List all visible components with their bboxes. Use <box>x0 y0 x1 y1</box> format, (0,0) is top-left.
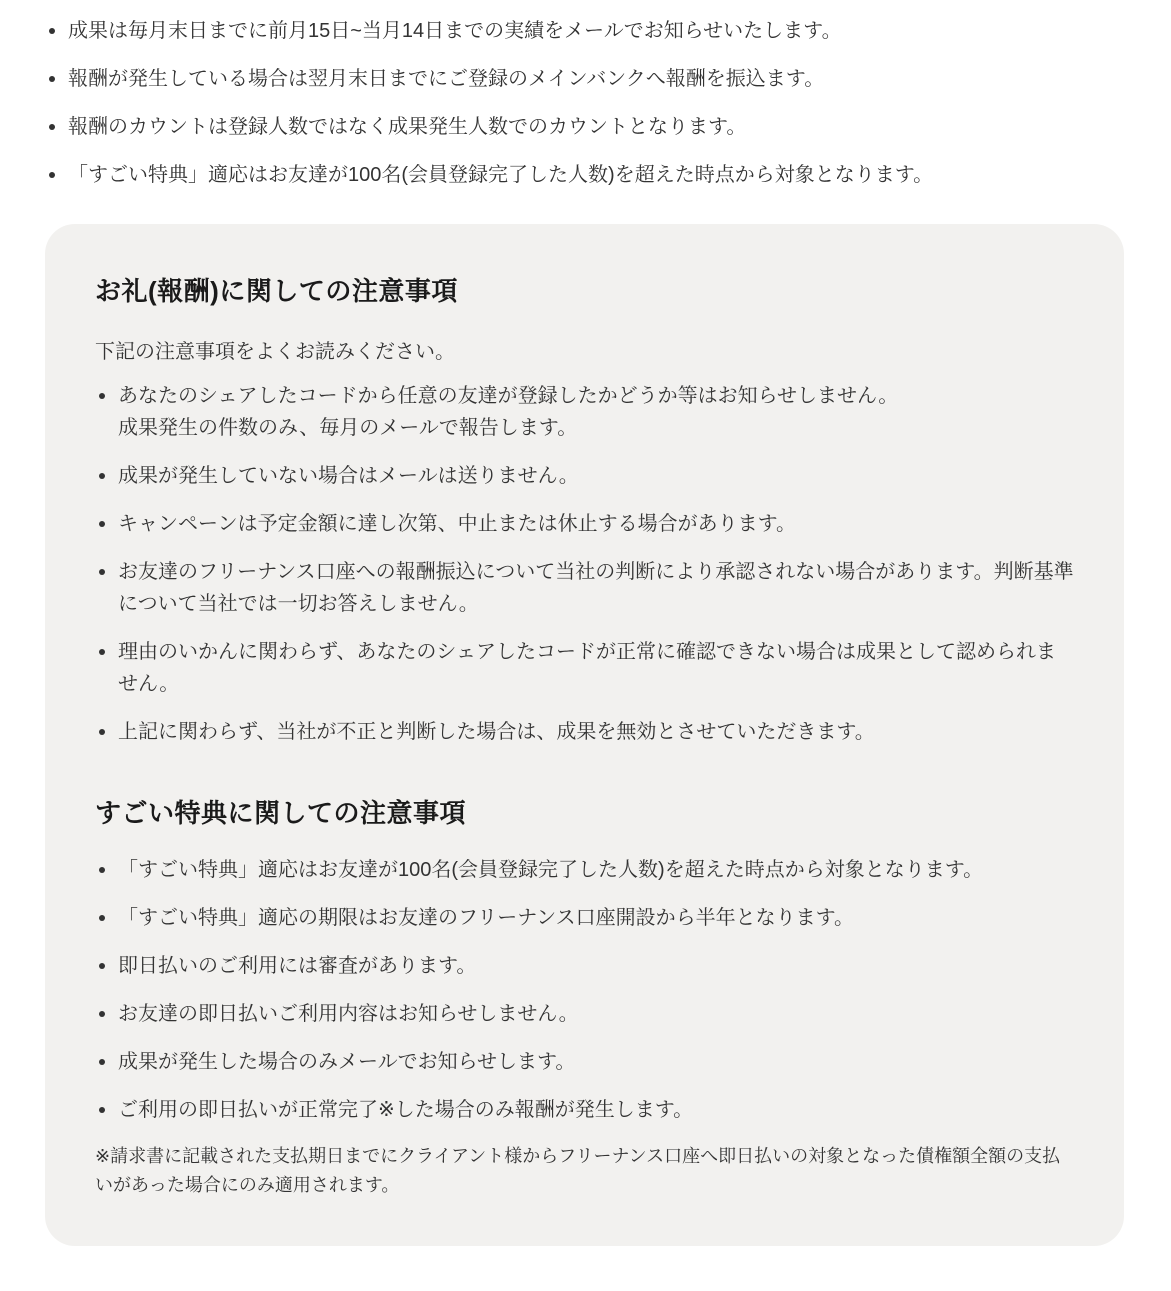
section-heading: お礼(報酬)に関しての注意事項 <box>95 272 1074 310</box>
list-item: キャンペーンは予定金額に達し次第、中止または休止する場合があります。 <box>95 508 1074 540</box>
list-item: 成果が発生していない場合はメールは送りません。 <box>95 460 1074 492</box>
intro-text: 下記の注意事項をよくお読みください。 <box>95 336 1074 368</box>
list-item: 上記に関わらず、当社が不正と判断した場合は、成果を無効とさせていただきます。 <box>95 716 1074 748</box>
list-item: ご利用の即日払いが正常完了※した場合のみ報酬が発生します。 <box>95 1094 1074 1126</box>
list-item: 報酬のカウントは登録人数ではなく成果発生人数でのカウントとなります。 <box>45 111 1124 143</box>
list-item: 即日払いのご利用には審査があります。 <box>95 950 1074 982</box>
top-notes-list: 成果は毎月末日までに前月15日~当月14日までの実績をメールでお知らせいたします… <box>45 15 1124 191</box>
tokuten-notes-list: 「すごい特典」適応はお友達が100名(会員登録完了した人数)を超えた時点から対象… <box>95 854 1074 1126</box>
reward-notes-section: お礼(報酬)に関しての注意事項 下記の注意事項をよくお読みください。 あなたのシ… <box>95 272 1074 748</box>
list-item: 成果は毎月末日までに前月15日~当月14日までの実績をメールでお知らせいたします… <box>45 15 1124 47</box>
reward-notes-list: あなたのシェアしたコードから任意の友達が登録したかどうか等はお知らせしません。 … <box>95 380 1074 748</box>
list-item: 成果が発生した場合のみメールでお知らせします。 <box>95 1046 1074 1078</box>
notice-box: お礼(報酬)に関しての注意事項 下記の注意事項をよくお読みください。 あなたのシ… <box>45 224 1124 1246</box>
list-item: お友達のフリーナンス口座への報酬振込について当社の判断により承認されない場合があ… <box>95 556 1074 620</box>
page: 成果は毎月末日までに前月15日~当月14日までの実績をメールでお知らせいたします… <box>45 15 1124 1246</box>
list-item: 「すごい特典」適応はお友達が100名(会員登録完了した人数)を超えた時点から対象… <box>45 159 1124 191</box>
list-item: お友達の即日払いご利用内容はお知らせしません。 <box>95 998 1074 1030</box>
list-item: あなたのシェアしたコードから任意の友達が登録したかどうか等はお知らせしません。 … <box>95 380 1074 444</box>
list-item: 報酬が発生している場合は翌月末日までにご登録のメインバンクへ報酬を振込ます。 <box>45 63 1124 95</box>
tokuten-notes-section: すごい特典に関しての注意事項 「すごい特典」適応はお友達が100名(会員登録完了… <box>95 794 1074 1200</box>
list-item: 理由のいかんに関わらず、あなたのシェアしたコードが正常に確認できない場合は成果と… <box>95 636 1074 700</box>
list-item: 「すごい特典」適応はお友達が100名(会員登録完了した人数)を超えた時点から対象… <box>95 854 1074 886</box>
list-item: 「すごい特典」適応の期限はお友達のフリーナンス口座開設から半年となります。 <box>95 902 1074 934</box>
footnote-text: ※請求書に記載された支払期日までにクライアント様からフリーナンス口座へ即日払いの… <box>95 1142 1074 1200</box>
section-heading: すごい特典に関しての注意事項 <box>95 794 1074 832</box>
